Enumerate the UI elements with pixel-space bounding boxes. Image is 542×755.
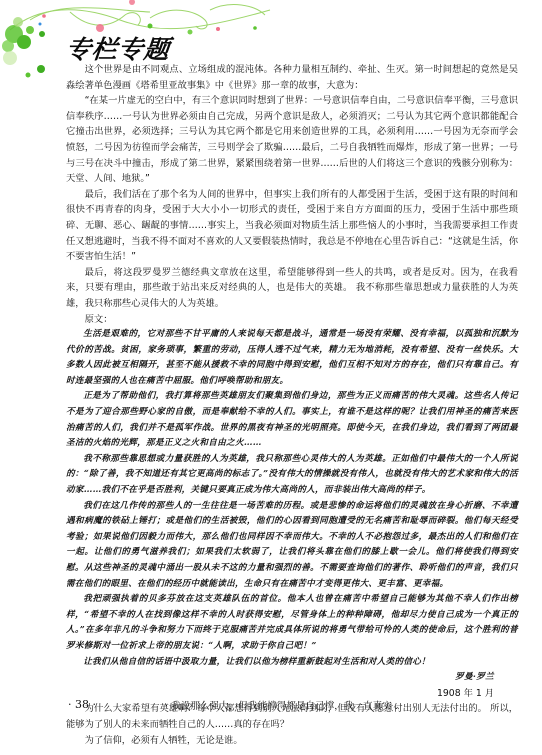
original-paragraph-5: 我把顽强执着的贝多芬放在这支英雄队伍的首位。他本人也曾在痛苦中希望自己能够为其他…: [66, 592, 518, 654]
intro-paragraph-3: 最后，我们活在了那个名为人间的世界中，但事实上我们所有的人都受困于生活，受困于这…: [66, 187, 518, 265]
intro-paragraph-4: 最后，将这段罗曼罗兰德经典文章放在这里，希望能够得到一些人的共鸣，或者是反对。因…: [66, 265, 518, 312]
author-signature: 罗曼·罗兰: [66, 670, 518, 686]
footer-motto: · 我没那么强大，但我能撑得都是自己撑，我一直真实 .: [165, 698, 398, 712]
article-body: 这个世界是由不同观点、立场组成的混沌体。各种力量相互制约、牵扯、生灭。第一时间想…: [66, 62, 518, 748]
column-title: 专栏专题: [64, 30, 172, 66]
original-paragraph-2: 正是为了帮助他们，我打算将那些英雄朋友们聚集到他们身边，那些为正义而痛苦的伟大灵…: [66, 389, 518, 451]
original-paragraph-3: 我不称那些靠思想或力量获胜的人为英雄，我只称那些心灵伟大的人为英雄。正如他们中最…: [66, 452, 518, 499]
closing-paragraph-2: 为了信仰，必须有人牺牲，无论是谁。: [66, 733, 518, 749]
original-paragraph-1: 生活是艰难的，它对那些不甘平庸的人来说每天都是战斗，通常是一场没有荣耀、没有幸福…: [66, 327, 518, 389]
intro-quote-paragraph: “在某一片虚无的空白中，有三个意识同时想到了世界：一号意识信奉自由，二号意识信奉…: [66, 93, 518, 187]
intro-paragraph-1: 这个世界是由不同观点、立场组成的混沌体。各种力量相互制约、牵扯、生灭。第一时间想…: [66, 62, 518, 93]
original-paragraph-4: 我们在这几作传的那些人的一生往往是一场苦难的历程。或是悲惨的命运将他们的灵魂放在…: [66, 499, 518, 593]
original-label: 原文：: [66, 312, 518, 328]
original-paragraph-6: 让我们从他自信的话语中汲取力量，让我们以他为榜样重新鼓起对生活和对人类的信心！: [66, 655, 518, 671]
page-number: · 38 ·: [68, 698, 96, 711]
